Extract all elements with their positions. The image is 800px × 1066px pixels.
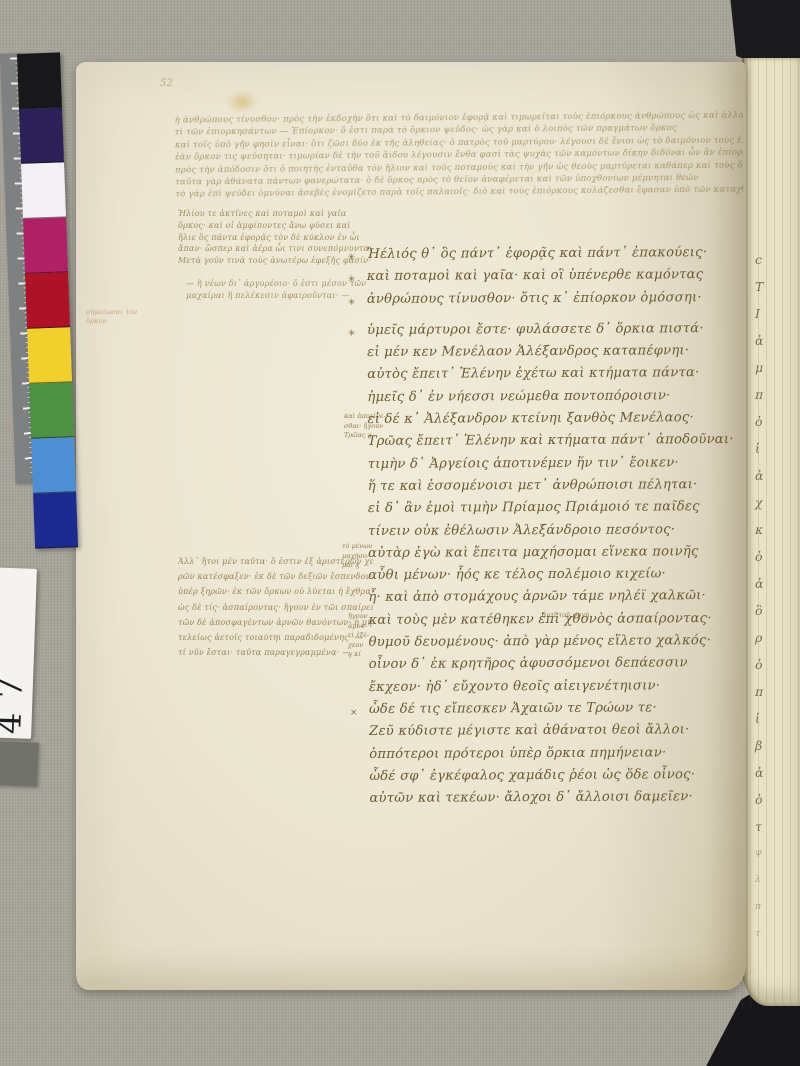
margin-mark: ✳ [348,323,356,345]
verse-line: αὐτὰρ ἐγὼ καὶ ἔπειτα μαχήσομαι εἵνεκα πο… [368,541,728,565]
iliad-verse-block: ✳Ἠέλιός θ᾽ ὃς πάντ᾽ ἐφορᾷς καὶ πάντ᾽ ἐπα… [367,242,730,810]
verse-text: ἀνθρώπους τίνυσθον· ὅτις κ᾽ ἐπίορκον ὀμό… [367,290,702,307]
gloss-line: σθαι· ἤγουν [344,422,386,432]
color-patch [17,52,62,109]
edge-letter: τ [755,921,785,948]
gray-tab [0,741,39,787]
edge-letter: ἀ [755,759,785,786]
color-patch [31,437,76,494]
margin-mark: ✳ [348,269,356,291]
scholion-line: ρῶν κατέσφαξεν· ἐκ δὲ τῶν δεξιῶν ἔσπενδο… [178,569,374,584]
verse-text: ἥ τε καὶ ἐσσομένοισι μετ᾽ ἀνθρώποισι πέλ… [368,477,698,494]
edge-letter: π [755,381,785,408]
verse-text: τίνειν οὐκ ἐθέλωσιν Ἀλεξάνδροιο πεσόντος… [368,522,675,539]
edge-letter: ὁ [755,786,785,813]
edge-letter: π [755,894,785,921]
parchment-stain [226,90,258,114]
folio-number: 52 [160,78,173,89]
edge-letter: λ [755,867,785,894]
edge-letter: ὀ [755,408,785,435]
scholion-line: ὅρκος· καὶ οἱ ἀμφίποντες ἄνω φύσει καὶ [178,220,372,232]
verse-text: ὧδέ σφ᾽ ἐγκέφαλος χαμάδις ῥέοι ὡς ὅδε οἶ… [369,767,695,784]
manuscript-page: 52 ἡ ἀνθρώπους τίνυσθον· πρὸς τὴν ἐκδοχὴ… [76,62,746,990]
scholion-line: τελείως ἀετοῖς τοιαύτηι παραδιδομένης· — [178,630,374,645]
scholion-line: Ἡλίου τε ἀκτῖνες καὶ ποταμοὶ καὶ γαῖα [178,208,372,220]
verse-text: αὐτῶν καὶ τεκέων· ἄλοχοι δ᾽ ἄλλοισι δαμε… [369,789,692,806]
edge-letter: ἀ [755,462,785,489]
verse-line: εἰ μέν κεν Μενέλαον Ἀλέξανδρος καταπέφνη… [367,340,727,364]
page-stack-fore-edge: ϲΤΙἀμπὀἱἀχκὀἀὃρὀπἰβἀὁτψλπτ [742,58,800,1006]
verse-line: ἥ τε καὶ ἐσσομένοισι μετ᾽ ἀνθρώποισι πέλ… [368,474,728,498]
shelfmark-number: 47 [0,575,35,734]
verse-line: εἰ δέ κ᾽ Ἀλέξανδρον κτείνηι ξανθὸς Μενέλ… [367,407,727,431]
verse-text: θυμοῦ δευομένους· ἀπὸ γὰρ μένος εἵλετο χ… [369,633,711,650]
left-scholia-lower: Ἀλλ᾽ ἤτοι μὲν ταῦτα· ὅ ἐστιν ἐξ ἀριστερῶ… [178,554,374,660]
scholion-line: τῶν δὲ ἀποσφαγέντων ἀρνῶν θανόντων· ἡ μή… [178,615,374,630]
edge-letter: ρ [755,624,785,651]
nota-line: σημείωσαι τὸν [86,308,156,317]
interlinear-gloss: ἀντὶ τοῦ ψυχή [542,611,589,619]
left-scholia-upper: Ἡλίου τε ἀκτῖνες καὶ ποταμοὶ καὶ γαῖαὅρκ… [178,208,372,267]
edge-letter: ὀ [755,651,785,678]
verse-text: αὐτὰρ ἐγὼ καὶ ἔπειτα μαχήσομαι εἵνεκα πο… [368,544,698,561]
color-patch [23,217,68,274]
color-patch [27,327,72,384]
verse-line: ✳ἀνθρώπους τίνυσθον· ὅτις κ᾽ ἐπίορκον ὀμ… [367,287,727,311]
photograph-of-manuscript: ϲΤΙἀμπὀἱἀχκὀἀὃρὀπἰβἀὁτψλπτ 52 ἡ ἀνθρώπου… [0,0,800,1066]
shelfmark-card: 47 [0,567,37,739]
margin-mark: ✳ [348,247,356,269]
gloss-line: καὶ ἀποτίνε- [344,412,386,422]
edge-letter: μ [755,354,785,381]
verse-line: ὧδέ σφ᾽ ἐγκέφαλος χαμάδις ῥέοι ὡς ὅδε οἶ… [369,764,729,788]
edge-letter: ἀ [755,570,785,597]
verse-text: ἔκχεον· ἠδ᾽ εὔχοντο θεοῖς αἰειγενέτηισιν… [369,678,660,695]
scholion-line: ἥλιε ὃς πάντα ἐφορᾷς τὸν δὲ κύκλον ἐν ὧι [178,232,372,244]
color-patch [29,382,74,439]
verse-text: οἶνον δ᾽ ἐκ κρητῆρος ἀφυσσόμενοι δεπάεσσ… [369,656,688,673]
scholion-line: — ἢ νέων δι᾽ ἀργυρέοιο· ὅ ἐστι μέσον τῶν… [186,278,366,290]
verse-line: ἦ· καὶ ἀπὸ στομάχους ἀρνῶν τάμε νηλέϊ χα… [368,586,728,610]
color-patch [19,107,64,164]
edge-letter: ἰ [755,705,785,732]
edge-letter: κ [755,516,785,543]
verse-text: τιμὴν δ᾽ Ἀργείοις ἀποτινέμεν ἥν τιν᾽ ἔοι… [368,455,679,472]
scholion-line: Ἀλλ᾽ ἤτοι μὲν ταῦτα· ὅ ἐστιν ἐξ ἀριστερῶ… [178,554,374,569]
gloss-line: τὸ μένων [342,542,373,552]
verse-line: ἡμεῖς δ᾽ ἐν νήεσσι νεώμεθα ποντοπόροισιν… [367,385,727,409]
color-patch [21,162,66,219]
verse-text: αὐτὸς ἔπειτ᾽ Ἑλένην ἐχέτω καὶ κτήματα πά… [367,366,699,383]
verse-line: ×ὧδε δέ τις εἴπεσκεν Ἀχαιῶν τε Τρώων τε· [369,697,729,721]
verse-line: Τρῶας ἔπειτ᾽ Ἑλένην καὶ κτήματα πάντ᾽ ἀπ… [368,429,728,453]
verse-text: καὶ τοὺς μὲν κατέθηκεν ἐπὶ χθονὸς ἀσπαίρ… [368,611,711,628]
verse-text: εἰ δέ κ᾽ Ἀλέξανδρον κτείνηι ξανθὸς Μενέλ… [367,410,694,427]
verse-line: τιμὴν δ᾽ Ἀργείοις ἀποτινέμεν ἥν τιν᾽ ἔοι… [368,452,728,476]
verse-line: αὖθι μένων· ἧός κε τέλος πολέμοιο κιχείω… [368,563,728,587]
scholion-line: τί νῦν ἔσται· ταῦτα παραγεγραμμένα· — [178,645,374,660]
margin-mark: × [350,702,358,724]
scholion-line: Μετὰ γοῦν τινὰ τοὺς ἀνωτέρω ἐφεξῆς φασίν… [178,255,372,267]
verse-text: Τρῶας ἔπειτ᾽ Ἑλένην καὶ κτήματα πάντ᾽ ἀπ… [368,432,734,449]
edge-letter: π [755,678,785,705]
verse-line: αὐτῶν καὶ τεκέων· ἄλοχοι δ᾽ ἄλλοισι δαμε… [369,786,729,810]
verse-line: ἔκχεον· ἠδ᾽ εὔχοντο θεοῖς αἰειγενέτηισιν… [369,675,729,699]
verse-text: εἰ μέν κεν Μενέλαον Ἀλέξανδρος καταπέφνη… [367,343,689,360]
verse-text: εἰ δ᾽ ἂν ἐμοὶ τιμὴν Πρίαμος Πριάμοιό τε … [368,499,700,516]
verse-line: ὁππότεροι πρότεροι ὑπὲρ ὅρκια πημήνειαν· [369,742,729,766]
scholion-line: μαχαίραι ἢ πελέκεσιν ἀφαιροῦνται· — [186,290,366,302]
verse-text: ὑμεῖς μάρτυροι ἔστε· φυλάσσετε δ᾽ ὅρκια … [367,321,704,338]
edge-letter: ὃ [755,597,785,624]
next-folio-letter-edge: ϲΤΙἀμπὀἱἀχκὀἀὃρὀπἰβἀὁτψλπτ [755,246,785,948]
edge-letter: ἀ [755,327,785,354]
gloss-line: Τρῶας ϗ [344,431,386,441]
edge-letter: ὀ [755,543,785,570]
verse-line: θυμοῦ δευομένους· ἀπὸ γὰρ μένος εἵλετο χ… [369,630,729,654]
color-patch [25,272,70,329]
nota-line: ὅρκον [86,317,156,326]
edge-letter: ϲ [755,246,785,273]
verse-text: ἡμεῖς δ᾽ ἐν νήεσσι νεώμεθα ποντοπόροισιν… [367,388,670,405]
verse-text: ὧδε δέ τις εἴπεσκεν Ἀχαιῶν τε Τρώων τε· [369,700,657,717]
verse-line: ✳καὶ ποταμοὶ καὶ γαῖα· καὶ οἳ ὑπένερθε κ… [367,264,727,288]
verse-line: εἰ δ᾽ ἂν ἐμοὶ τιμὴν Πρίαμος Πριάμοιό τε … [368,496,728,520]
left-scholia-upper-2: — ἢ νέων δι᾽ ἀργυρέοιο· ὅ ἐστι μέσον τῶν… [186,278,366,302]
edge-letter: Ι [755,300,785,327]
edge-letter: β [755,732,785,759]
scholion-line: ὡς δὲ τίς· ἀσπαίροντας· ἤγουν ἐν τῶι σπα… [178,600,374,615]
verse-line: ✳ὑμεῖς μάρτυροι ἔστε· φυλάσσετε δ᾽ ὅρκια… [367,318,727,342]
verse-text: Ἠέλιός θ᾽ ὃς πάντ᾽ ἐφορᾷς καὶ πάντ᾽ ἐπακ… [367,245,708,262]
verse-line: τίνειν οὐκ ἐθέλωσιν Ἀλεξάνδροιο πεσόντος… [368,519,728,543]
verse-line: Ζεῦ κύδιστε μέγιστε καὶ ἀθάνατοι θεοὶ ἄλ… [369,719,729,743]
scholion-line: ἅπαν· ὥσπερ καὶ ἀέρα ὧι τινι συνεπόμνυντ… [178,243,372,255]
scholion-line: ὑπὲρ ξηρῶν· ἐκ τῶν ὅρκων οὐ λύεται ἡ ἔχθ… [178,584,374,599]
margin-nota: σημείωσαι τὸνὅρκον [86,308,156,326]
edge-letter: ἱ [755,435,785,462]
verse-text: Ζεῦ κύδιστε μέγιστε καὶ ἀθάνατοι θεοὶ ἄλ… [369,722,689,739]
edge-letter: τ [755,813,785,840]
edge-letter: χ [755,489,785,516]
color-patch [33,492,78,549]
edge-letter: Τ [755,273,785,300]
verse-line: αὐτὸς ἔπειτ᾽ Ἑλένην ἐχέτω καὶ κτήματα πά… [367,363,727,387]
margin-mark: ✳ [348,292,356,314]
verse-text: αὖθι μένων· ἧός κε τέλος πολέμοιο κιχείω… [368,567,666,584]
top-scholia-block: ἡ ἀνθρώπους τίνυσθον· πρὸς τὴν ἐκδοχὴν ὅ… [175,110,744,202]
verse-text: καὶ ποταμοὶ καὶ γαῖα· καὶ οἳ ὑπένερθε κα… [367,267,704,284]
verse-line: ✳Ἠέλιός θ᾽ ὃς πάντ᾽ ἐφορᾷς καὶ πάντ᾽ ἐπα… [367,242,727,266]
verse-text: ἦ· καὶ ἀπὸ στομάχους ἀρνῶν τάμε νηλέϊ χα… [368,589,706,606]
verse-text: ὁππότεροι πρότεροι ὑπὲρ ὅρκια πημήνειαν· [369,745,666,762]
edge-letter: ψ [755,840,785,867]
verse-line: οἶνον δ᾽ ἐκ κρητῆρος ἀφυσσόμενοι δεπάεσσ… [369,652,729,676]
margin-gloss-1: καὶ ἀποτίνε-σθαι· ἤγουνΤρῶας ϗ [344,412,386,441]
